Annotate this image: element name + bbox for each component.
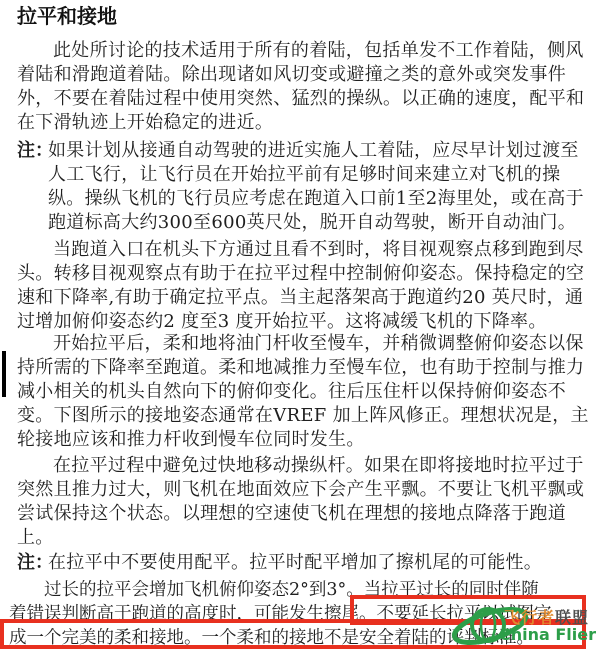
paragraph-3: 开始拉平后，柔和地将油门杆收至慢车，并稍微调整俯仰姿态以保 持所需的下降率至跑道… <box>17 332 583 452</box>
text-line: 头。转移目视观察点有助于在拉平过程中控制俯仰姿态。保持稳定的空 <box>17 262 583 286</box>
text-line: 变。下图所示的接地姿态通常在VREF 加上阵风修正。理想状况是，主 <box>17 404 583 428</box>
text-line: 跑道标高大约300至600英尺处，脱开自动驾驶，断开自动油门。 <box>48 211 583 235</box>
text-line: 在下滑轨迹上开始稳定的进近。 <box>17 111 583 135</box>
text-line: 在拉平过程中避免过快地移动操纵杆。如果在即将接地时拉平过于 <box>17 454 583 478</box>
text-line: 过增加俯仰姿态约2 度至3 度开始拉平。这将减缓飞机的下降率。 <box>17 310 583 334</box>
text-line: 纵。操纵飞机的飞行员应考虑在跑道入口前1至2海里处，或在高于 <box>48 187 583 211</box>
text-line: 持所需的下降率至跑道。柔和地减推力至慢车位，也有助于控制与推力 <box>17 356 583 380</box>
text-line: 着陆和滑跑道着陆。除出现诸如风切变或避撞之类的意外或突发事件 <box>17 63 583 87</box>
text-line: 上。 <box>17 526 583 550</box>
text-line: 突然且推力过大，则飞机在地面效应下会产生平飘。不要让飞机平飘或 <box>17 478 583 502</box>
china-flier-watermark: 飞行者联盟 China Flier <box>451 596 609 656</box>
text-line: 尝试保持这个状态。以理想的空速使飞机在理想的接地点降落于跑道 <box>17 502 583 526</box>
text-line: 当跑道入口在机头下方通过且看不到时，将目视观察点移到跑到尽 <box>17 238 583 262</box>
text-line: 如果计划从接通自动驾驶的进近实施人工着陆，应尽早计划过渡至 <box>48 139 583 163</box>
document-page: 拉平和接地 此处所讨论的技术适用于所有的着陆，包括单发不工作着陆，侧风 着陆和滑… <box>0 0 609 669</box>
text-line: 轮接地应该和推力杆收到慢车位同时发生。 <box>17 428 583 452</box>
text-line: 人工飞行，让飞行员在开始拉平前有足够时间来建立对飞机的操 <box>48 163 583 187</box>
text-line: 速和下降率,有助于确定拉平点。当主起落架高于跑道约20 英尺时，通 <box>17 286 583 310</box>
text-line: 此处所讨论的技术适用于所有的着陆，包括单发不工作着陆，侧风 <box>17 39 583 63</box>
watermark-en-text: China Flier <box>499 627 596 643</box>
note-2: 在拉平中不要使用配平。拉平时配平增加了擦机尾的可能性。 <box>48 551 583 575</box>
text-line: 外，不要在着陆过程中使用突然、猛烈的操纵。以正确的速度，配平和 <box>17 87 583 111</box>
paragraph-1: 此处所讨论的技术适用于所有的着陆，包括单发不工作着陆，侧风 着陆和滑跑道着陆。除… <box>17 39 583 135</box>
text-line: 开始拉平后，柔和地将油门杆收至慢车，并稍微调整俯仰姿态以保 <box>17 332 583 356</box>
page-title: 拉平和接地 <box>17 4 117 28</box>
paragraph-2: 当跑道入口在机头下方通过且看不到时，将目视观察点移到跑到尽 头。转移目视观察点有… <box>17 238 583 334</box>
text-line: 在拉平中不要使用配平。拉平时配平增加了擦机尾的可能性。 <box>48 551 583 575</box>
note-1: 如果计划从接通自动驾驶的进近实施人工着陆，应尽早计划过渡至 人工飞行，让飞行员在… <box>48 139 583 235</box>
text-line: 减小相关的机头自然向下的俯仰变化。往后压住杆以保持俯仰姿态不 <box>17 380 583 404</box>
paragraph-4: 在拉平过程中避免过快地移动操纵杆。如果在即将接地时拉平过于 突然且推力过大，则飞… <box>17 454 583 550</box>
revision-bar <box>2 351 6 397</box>
watermark-cn-text: 飞行者联盟 <box>504 610 589 626</box>
